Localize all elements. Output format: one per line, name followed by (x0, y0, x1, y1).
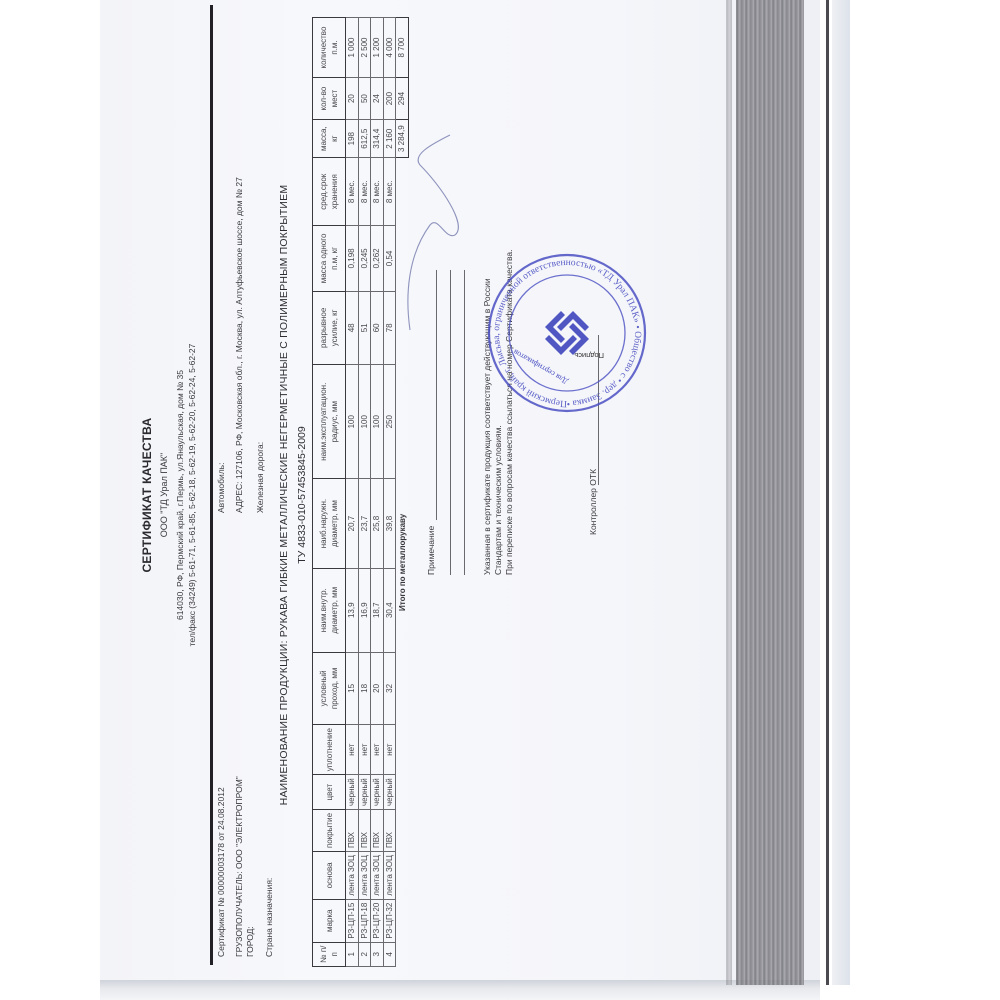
table-cell: 78 (383, 291, 396, 364)
product-table: № п/пмаркаосновапокрытиецветуплотнениеус… (312, 17, 409, 967)
column-header: масса одного п.м, кг (313, 226, 346, 291)
table-cell: лента ЗОЦ (371, 852, 384, 900)
column-header: уплотнение (313, 725, 346, 775)
table-cell: 1 200 (371, 18, 384, 78)
table-body: 1РЗ-ЦП-15лента ЗОЦПВХчерныйнет1513,920,7… (346, 18, 409, 967)
table-cell: черный (346, 775, 359, 810)
table-cell: лента ЗОЦ (346, 852, 359, 900)
column-header: разрывное усилие, кг (313, 291, 346, 364)
column-header: цвет (313, 775, 346, 810)
table-cell: 24 (371, 78, 384, 120)
table-cell: нет (371, 725, 384, 775)
table-cell: 0,198 (346, 226, 359, 291)
city-label: ГОРОД: (245, 926, 255, 957)
table-cell: 60 (371, 291, 384, 364)
table-cell: нет (346, 725, 359, 775)
column-header: покрытие (313, 809, 346, 851)
table-cell: 2 500 (358, 18, 371, 78)
table-cell: 48 (346, 291, 359, 364)
issuer-phones: тел/факс (34249) 5-61-71, 5-61-85, 5-62-… (187, 15, 197, 975)
document-header: СЕРТИФИКАТ КАЧЕСТВА ООО "ТД Урал ПАК" 61… (130, 15, 197, 975)
company-stamp: Пермский край, г. Лысьва, ограниченной о… (485, 250, 650, 415)
table-cell: 18 (358, 652, 371, 724)
scanned-page: СЕРТИФИКАТ КАЧЕСТВА ООО "ТД Урал ПАК" 61… (0, 0, 1000, 1000)
table-row: 2РЗ-ЦП-18лента ЗОЦПВХчерныйнет1816,923,7… (358, 18, 371, 967)
table-cell: 1 (346, 942, 359, 966)
column-header: наим.эксплуатацион. радиус, мм (313, 365, 346, 479)
table-cell: 13,9 (346, 568, 359, 652)
table-cell: ПВХ (358, 809, 371, 851)
table-cell: нет (358, 725, 371, 775)
table-cell: 100 (358, 365, 371, 479)
table-cell: 39,8 (383, 479, 396, 568)
table-cell: РЗ-ЦП-32 (383, 899, 396, 942)
issuer-organization: ООО "ТД Урал ПАК" (159, 15, 169, 975)
table-cell: 3 (371, 942, 384, 966)
table-row: 3РЗ-ЦП-20лента ЗОЦПВХчерныйнет2018,725,8… (371, 18, 384, 967)
column-header: наиб.наружн. диаметр, мм (313, 479, 346, 568)
table-cell: 8 мес. (371, 158, 384, 226)
table-cell: 0,262 (371, 226, 384, 291)
certificate-document: СЕРТИФИКАТ КАЧЕСТВА ООО "ТД Урал ПАК" 61… (130, 15, 650, 975)
table-cell: 2 160 (383, 120, 396, 158)
table-cell: 250 (383, 365, 396, 479)
table-cell: РЗ-ЦП-18 (358, 899, 371, 942)
column-header: наим.внутр. диаметр, мм (313, 568, 346, 652)
certificate-number: Сертификат № 00000003178 от 24.08.2012 (216, 787, 226, 957)
table-cell: 198 (346, 120, 359, 158)
delivery-address: АДРЕС: 127106, РФ, Московская обл., г. М… (234, 177, 244, 513)
table-cell: лента ЗОЦ (358, 852, 371, 900)
column-header: № п/п (313, 942, 346, 966)
header-divider (210, 5, 213, 965)
table-cell: 0,245 (358, 226, 371, 291)
table-cell: нет (383, 725, 396, 775)
table-cell: 100 (346, 365, 359, 479)
paper-edge-shadow (100, 980, 820, 1000)
table-cell: 20 (371, 652, 384, 724)
stamp-sign-label: Подпись (574, 351, 604, 360)
statement-line-2: Стандартам и техническим условиям. (493, 425, 503, 575)
table-cell: 8 мес. (346, 158, 359, 226)
table-header-row: № п/пмаркаосновапокрытиецветуплотнениеус… (313, 18, 346, 967)
table-cell: 20 (346, 78, 359, 120)
table-cell: 4 (383, 942, 396, 966)
table-row: 1РЗ-ЦП-15лента ЗОЦПВХчерныйнет1513,920,7… (346, 18, 359, 967)
vehicle-label: Автомобиль: (216, 463, 226, 513)
table-cell: 8 мес. (383, 158, 396, 226)
table-cell: черный (371, 775, 384, 810)
table-cell: 25,8 (371, 479, 384, 568)
table-cell: лента ЗОЦ (383, 852, 396, 900)
table-cell: 0,54 (383, 226, 396, 291)
scanner-streaks-faint (726, 0, 732, 985)
table-cell: 50 (358, 78, 371, 120)
table-cell: 612,5 (358, 120, 371, 158)
column-header: марка (313, 899, 346, 942)
table-cell: 200 (383, 78, 396, 120)
totals-quantity: 8 700 (396, 18, 409, 78)
table-row: 4РЗ-ЦП-32лента ЗОЦПВХчерныйнет3230,439,8… (383, 18, 396, 967)
table-cell: 23,7 (358, 479, 371, 568)
table-cell: 20,7 (346, 479, 359, 568)
column-header: масса, кг (313, 120, 346, 158)
table-cell: 1 000 (346, 18, 359, 78)
table-cell: 4 000 (383, 18, 396, 78)
table-cell: ПВХ (346, 809, 359, 851)
column-header: кол-во мест (313, 78, 346, 120)
otk-controller-label: Контроллер ОТК (588, 469, 598, 535)
document-title: СЕРТИФИКАТ КАЧЕСТВА (140, 15, 154, 975)
table-cell: черный (358, 775, 371, 810)
table-cell: 15 (346, 652, 359, 724)
table-cell: 100 (371, 365, 384, 479)
column-header: основа (313, 852, 346, 900)
table-cell: РЗ-ЦП-15 (346, 899, 359, 942)
table-cell: 314,4 (371, 120, 384, 158)
issuer-address: 614030, РФ, Пермский край, г.Пермь, ул.Я… (175, 15, 185, 975)
consignee: ГРУЗОПОЛУЧАТЕЛЬ: ООО "ЭЛЕКТРОПРОМ" (234, 776, 244, 957)
table-cell: 2 (358, 942, 371, 966)
table-cell: 8 мес. (358, 158, 371, 226)
table-cell: 32 (383, 652, 396, 724)
railway-label: Железная дорога: (255, 442, 265, 513)
paper-right-edge (832, 0, 850, 985)
table-cell: 16,9 (358, 568, 371, 652)
destination-country-label: Страна назначения: (264, 878, 274, 957)
table-cell: черный (383, 775, 396, 810)
note-label: Примечание (426, 526, 436, 575)
table-cell: 51 (358, 291, 371, 364)
stamp-logo (545, 311, 589, 355)
column-header: количество п.м. (313, 18, 346, 78)
table-cell: ПВХ (383, 809, 396, 851)
table-cell: РЗ-ЦП-20 (371, 899, 384, 942)
product-spec: ТУ 4833-010-57453845-2009 (296, 15, 308, 975)
product-name: НАИМЕНОВАНИЕ ПРОДУКЦИИ: РУКАВА ГИБКИЕ МЕ… (278, 15, 290, 975)
column-header: условный проход, мм (313, 652, 346, 724)
scanner-streaks (736, 0, 804, 985)
table-cell: ПВХ (371, 809, 384, 851)
scanner-line (826, 0, 829, 985)
table-cell: 18,7 (371, 568, 384, 652)
handwritten-signature (400, 105, 480, 335)
column-header: сред.срок хранения (313, 158, 346, 226)
table-cell: 30,4 (383, 568, 396, 652)
